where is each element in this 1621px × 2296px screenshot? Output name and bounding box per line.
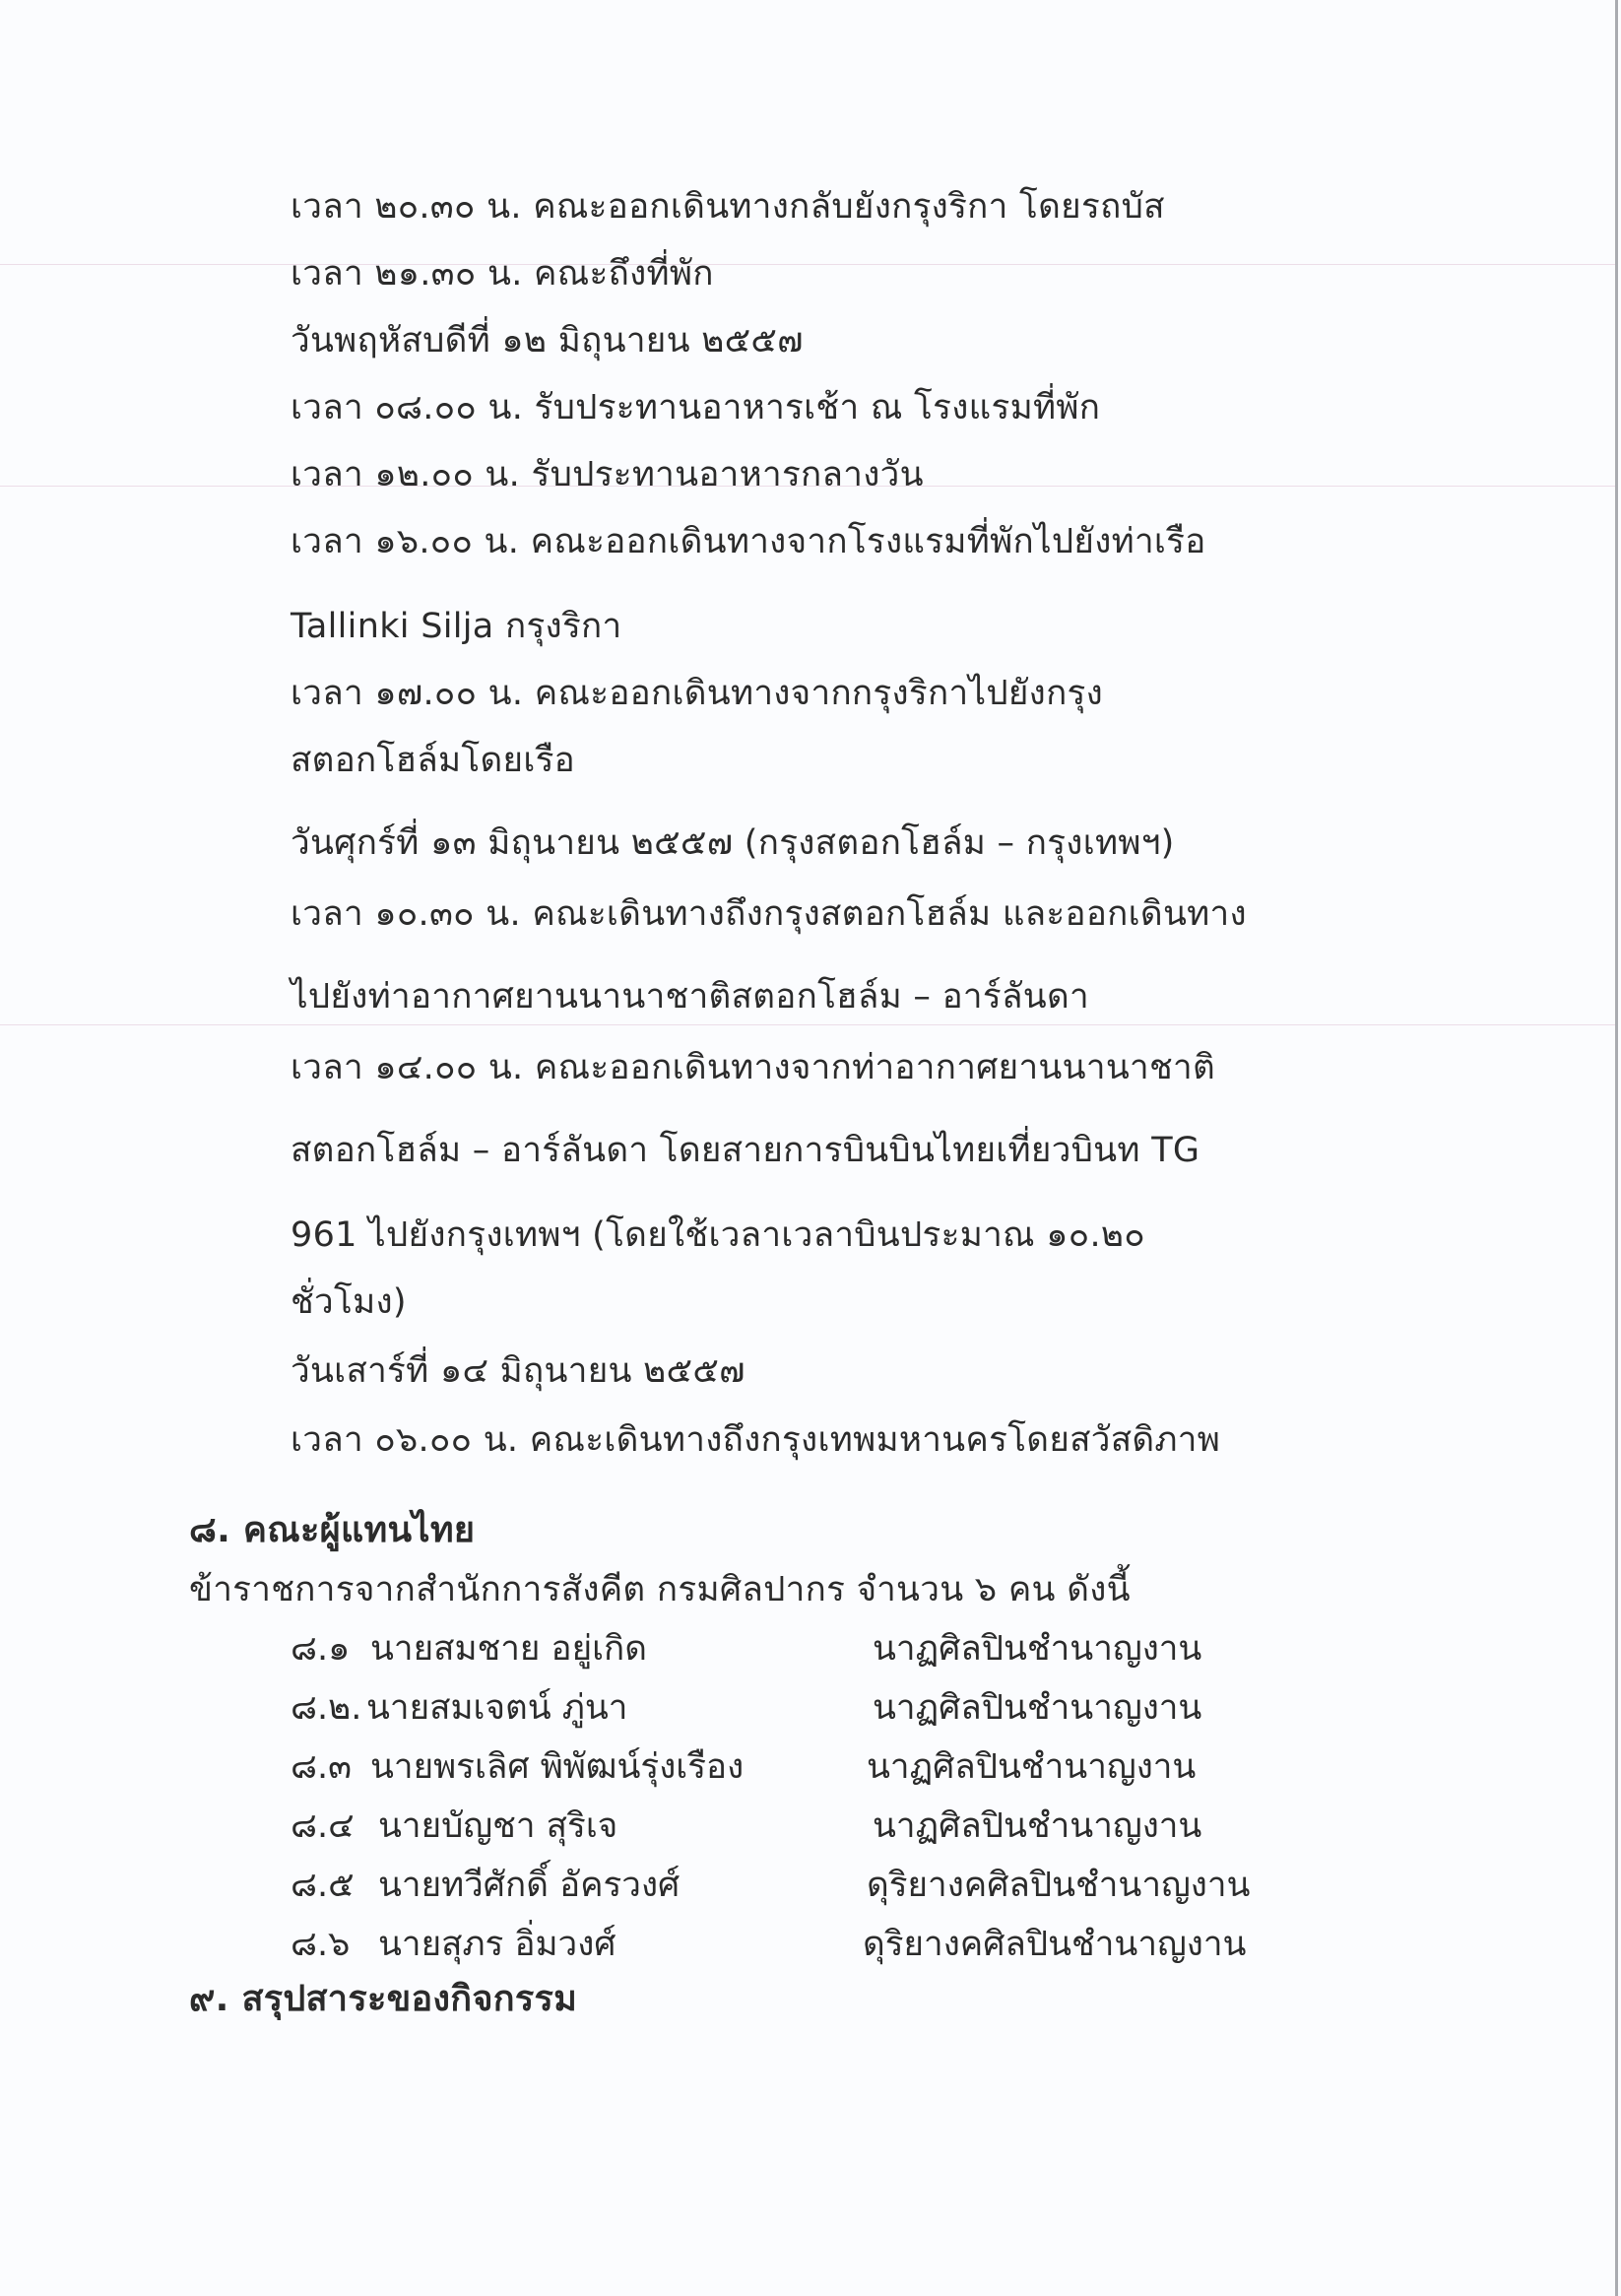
member-position: นาฏศิลปินชำนาญงาน (873, 1686, 1201, 1730)
member-position: ดุริยางคศิลปินชำนาญงาน (863, 1923, 1246, 1966)
schedule-date-heading: วันศุกร์ที่ ๑๓ มิถุนายน ๒๕๕๗ (กรุงสตอกโฮ… (291, 821, 1175, 865)
member-number: ๘.๔ (291, 1804, 355, 1848)
document-page: เวลา ๒๐.๓๐ น. คณะออกเดินทางกลับยังกรุงริ… (0, 0, 1621, 2296)
schedule-line: เวลา ๑๐.๓๐ น. คณะเดินทางถึงกรุงสตอกโฮล์ม… (291, 892, 1247, 936)
schedule-line-continuation: Tallinki Silja กรุงริกา (291, 605, 622, 648)
schedule-line-continuation: ชั่วโมง) (291, 1280, 407, 1324)
member-number: ๘.๓ (291, 1745, 352, 1789)
schedule-line-continuation: 961 ไปยังกรุงเทพฯ (โดยใช้เวลาเวลาบินประม… (291, 1214, 1145, 1257)
schedule-line: เวลา ๐๘.๐๐ น. รับประทานอาหารเช้า ณ โรงแร… (291, 386, 1100, 429)
member-name: นายสมเจตน์ ภู่นา (366, 1686, 627, 1730)
schedule-line: เวลา ๑๔.๐๐ น. คณะออกเดินทางจากท่าอากาศยา… (291, 1046, 1215, 1089)
member-name: นายพรเลิศ พิพัฒน์รุ่งเรือง (370, 1745, 744, 1789)
member-number: ๘.๕ (291, 1864, 355, 1907)
schedule-line: เวลา ๒๑.๓๐ น. คณะถึงที่พัก (291, 252, 714, 295)
schedule-line-continuation: สตอกโฮล์มโดยเรือ (291, 739, 575, 782)
member-name: นายสุภร อิ่มวงศ์ (378, 1923, 616, 1966)
member-number: ๘.๒. (291, 1686, 361, 1730)
member-position: ดุริยางคศิลปินชำนาญงาน (867, 1864, 1250, 1907)
schedule-line: เวลา ๐๖.๐๐ น. คณะเดินทางถึงกรุงเทพมหานคร… (291, 1418, 1220, 1462)
member-row: ๘.๒. นายสมเจตน์ ภู่นา นาฏศิลปินชำนาญงาน (0, 1686, 1621, 1730)
section-heading-activity-summary: ๙. สรุปสาระของกิจกรรม (189, 1978, 577, 2021)
member-number: ๘.๑ (291, 1627, 350, 1671)
member-row: ๘.๕ นายทวีศักดิ์ อัครวงศ์ ดุริยางคศิลปิน… (0, 1864, 1621, 1907)
member-number: ๘.๖ (291, 1923, 350, 1966)
member-name: นายสมชาย อยู่เกิด (370, 1627, 647, 1671)
member-row: ๘.๑ นายสมชาย อยู่เกิด นาฏศิลปินชำนาญงาน (0, 1627, 1621, 1671)
scan-artifact-line (0, 1024, 1615, 1025)
schedule-line-continuation: ไปยังท่าอากาศยานนานาชาติสตอกโฮล์ม – อาร์… (291, 975, 1089, 1018)
scan-artifact-line (0, 264, 1615, 265)
member-name: นายทวีศักดิ์ อัครวงศ์ (378, 1864, 680, 1907)
member-name: นายบัญชา สุริเจ (378, 1804, 617, 1848)
member-row: ๘.๔ นายบัญชา สุริเจ นาฏศิลปินชำนาญงาน (0, 1804, 1621, 1848)
member-position: นาฏศิลปินชำนาญงาน (867, 1745, 1196, 1789)
member-row: ๘.๓ นายพรเลิศ พิพัฒน์รุ่งเรือง นาฏศิลปิน… (0, 1745, 1621, 1789)
schedule-line: เวลา ๑๗.๐๐ น. คณะออกเดินทางจากกรุงริกาไป… (291, 672, 1103, 715)
schedule-date-heading: วันเสาร์ที่ ๑๔ มิถุนายน ๒๕๕๗ (291, 1349, 746, 1393)
schedule-line: เวลา ๑๒.๐๐ น. รับประทานอาหารกลางวัน (291, 453, 924, 496)
section-heading-delegation: ๘. คณะผู้แทนไทย (189, 1509, 475, 1552)
schedule-line: เวลา ๒๐.๓๐ น. คณะออกเดินทางกลับยังกรุงริ… (291, 185, 1165, 229)
schedule-line-continuation: สตอกโฮล์ม – อาร์ลันดา โดยสายการบินบินไทย… (291, 1129, 1200, 1172)
member-position: นาฏศิลปินชำนาญงาน (873, 1627, 1201, 1671)
member-position: นาฏศิลปินชำนาญงาน (873, 1804, 1201, 1848)
member-row: ๘.๖ นายสุภร อิ่มวงศ์ ดุริยางคศิลปินชำนาญ… (0, 1923, 1621, 1966)
delegation-intro: ข้าราชการจากสำนักการสังคีต กรมศิลปากร จำ… (189, 1568, 1131, 1611)
schedule-date-heading: วันพฤหัสบดีที่ ๑๒ มิถุนายน ๒๕๕๗ (291, 319, 804, 362)
schedule-line: เวลา ๑๖.๐๐ น. คณะออกเดินทางจากโรงแรมที่พ… (291, 520, 1206, 563)
